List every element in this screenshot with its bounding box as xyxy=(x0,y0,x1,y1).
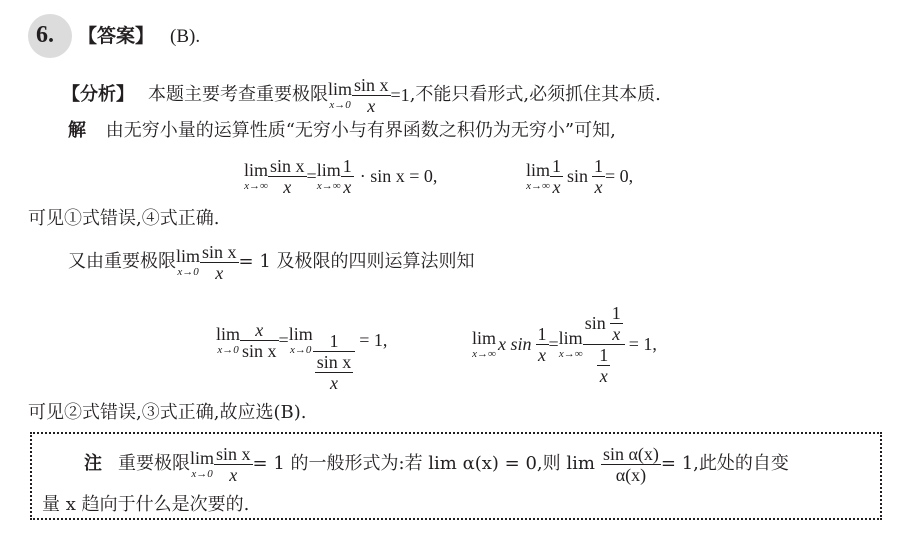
limit-expr: limx→0 xyxy=(328,79,352,111)
formula-3: limx→0 xsin x = limx→0 1 sin xx = 1, xyxy=(216,312,387,392)
analysis-line: 【分析】 本题主要考查重要极限 limx→0 sin xx =1 ,不能只看形式… xyxy=(62,70,661,120)
conclusion-1: 可见①式错误,④式正确. xyxy=(28,208,219,230)
answer-label: 【答案】 xyxy=(78,25,154,47)
note-line-1: 注 重要极限 limx→0 sin xx = 1 的一般形式为:若 lim α(… xyxy=(84,440,789,488)
formula-1: limx→∞ sin xx = limx→∞ 1x · sin x = 0, xyxy=(244,152,437,200)
answer-value: (B). xyxy=(170,26,200,48)
analysis-text: 本题主要考查重要极限 xyxy=(148,84,328,106)
solution-intro: 解 由无穷小量的运算性质“无穷小与有界函数之积仍为无穷小”可知, xyxy=(68,120,616,142)
formula-2: limx→∞ 1x sin 1x = 0, xyxy=(526,152,633,200)
note-label: 注 xyxy=(84,453,102,475)
fraction: sin xx xyxy=(352,75,391,116)
note-line-2: 量 x 趋向于什么是次要的. xyxy=(42,494,249,516)
solution-label: 解 xyxy=(68,120,86,141)
conclusion-2: 可见②式错误,③式正确,故应选(B). xyxy=(28,402,306,424)
solution-line-2: 又由重要极限 limx→0 sin xx = 1 及极限的四则运算法则知 xyxy=(68,238,475,286)
formula-4: limx→∞ x sin 1x = limx→∞ sin 1x 1x = 1, xyxy=(472,296,657,392)
analysis-label: 【分析】 xyxy=(62,84,134,106)
problem-number: 6. xyxy=(36,22,54,49)
